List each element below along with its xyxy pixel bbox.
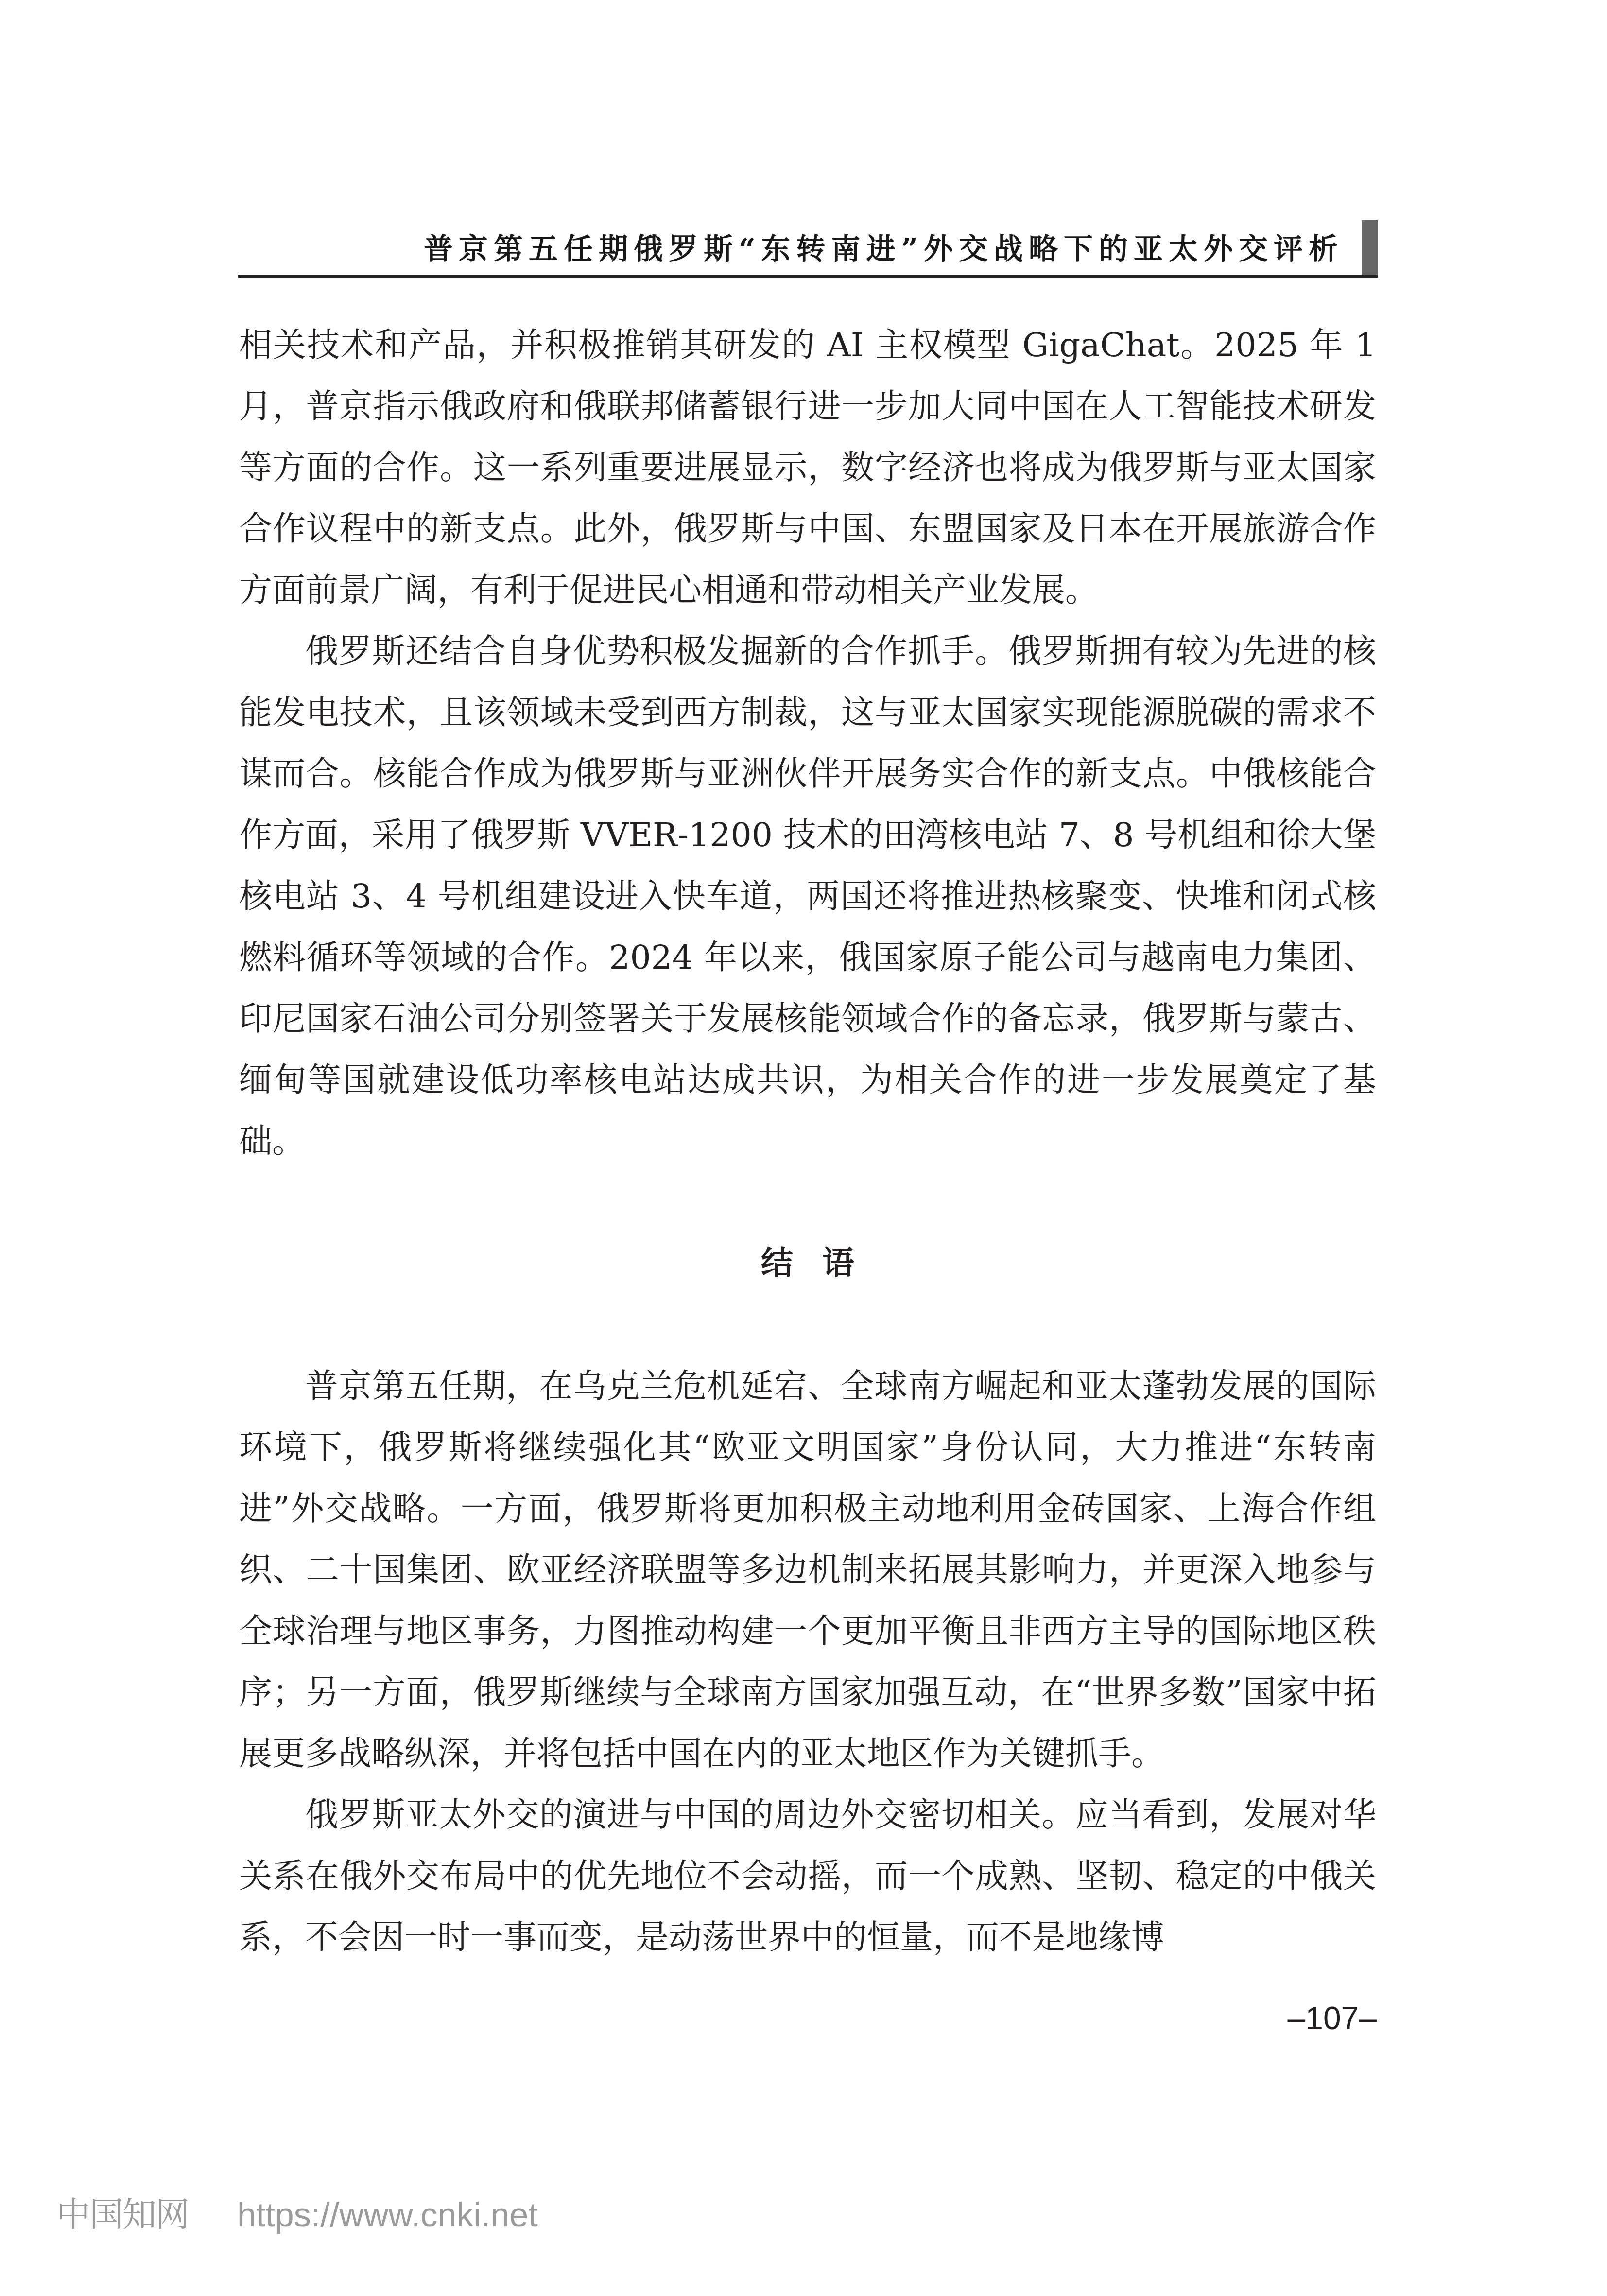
running-head-rule — [238, 275, 1378, 278]
paragraph: 相关技术和产品，并积极推销其研发的 AI 主权模型 GigaChat。2025 … — [239, 315, 1376, 621]
paragraph: 普京第五任期，在乌克兰危机延宕、全球南方崛起和亚太蓬勃发展的国际环境下，俄罗斯将… — [239, 1356, 1376, 1785]
watermark: 中国知网https://www.cnki.net — [56, 2193, 538, 2237]
paragraph: 俄罗斯亚太外交的演进与中国的周边外交密切相关。应当看到，发展对华关系在俄外交布局… — [239, 1785, 1376, 1968]
paragraph: 俄罗斯还结合自身优势积极发掘新的合作抓手。俄罗斯拥有较为先进的核能发电技术，且该… — [239, 621, 1376, 1172]
watermark-url[interactable]: https://www.cnki.net — [237, 2196, 538, 2234]
running-head: 普京第五任期俄罗斯“东转南进”外交战略下的亚太外交评析 — [238, 220, 1378, 276]
article-body: 相关技术和产品，并积极推销其研发的 AI 主权模型 GigaChat。2025 … — [239, 315, 1376, 1968]
running-head-title: 普京第五任期俄罗斯“东转南进”外交战略下的亚太外交评析 — [424, 230, 1344, 269]
page-number: –107– — [1287, 1999, 1377, 2037]
section-heading-conclusion: 结语 — [239, 1233, 1376, 1294]
watermark-brand: 中国知网 — [56, 2195, 189, 2235]
running-head-bar — [1362, 220, 1378, 276]
